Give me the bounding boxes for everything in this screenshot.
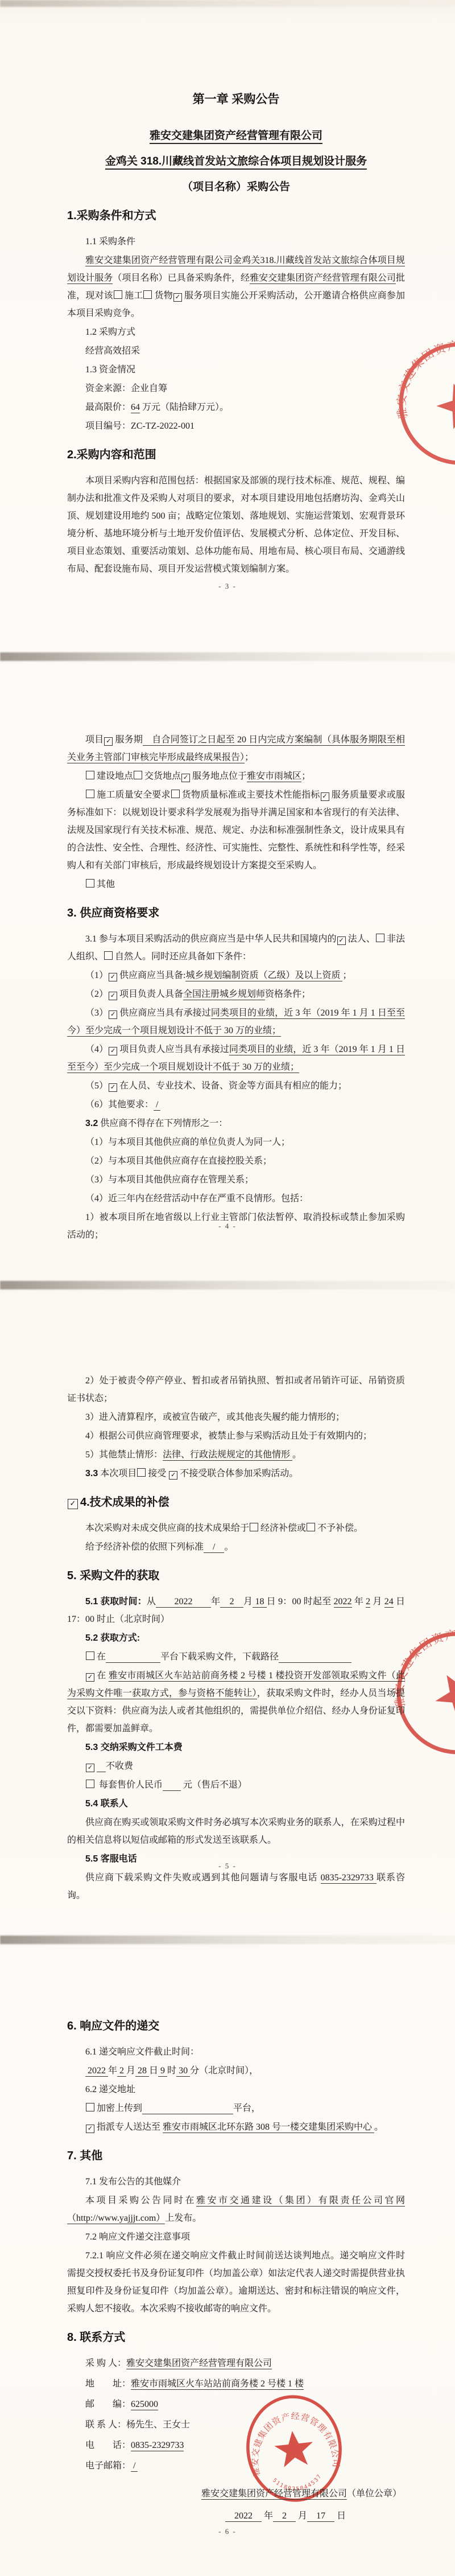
text-run: 年 xyxy=(108,2066,117,2076)
text-run: 接受 xyxy=(148,1469,168,1478)
text-run: 电 话： xyxy=(85,2441,131,2450)
prohibition-4: （4）近三年内在经营活动中存在严重不良情形。包括： xyxy=(67,1190,405,1207)
pickup-option: ✓在 雅安市雨城区火车站站前商务楼 2 号楼 1 楼投资开发部领取采购文件（此为… xyxy=(67,1667,405,1737)
contact-address: 地 址：雅安市雨城区火车站站前商务楼 2 号楼 1 楼 xyxy=(67,2375,405,2393)
section-3-heading: 3. 供应商资格要求 xyxy=(67,905,405,922)
project-number: 项目编号：ZC-TZ-2022-001 xyxy=(67,417,405,435)
text-run: 64 xyxy=(131,402,140,413)
checkbox-checked-icon: ✓ xyxy=(321,792,329,801)
project-name-title: 金鸡关 318.川藏线首发站文旅综合体项目规划设计服务 xyxy=(67,153,405,170)
text-run: 2 xyxy=(117,2066,126,2077)
fee-paid-option: 每套售价人民币 元（售后不退） xyxy=(67,1776,405,1794)
section-2-heading: 2.采购内容和范围 xyxy=(67,446,405,463)
text-run: 5.2 获取方式: xyxy=(85,1633,140,1643)
compensation-standard: 给予经济补偿的依照下列标准 / 。 xyxy=(67,1538,405,1556)
text-run: 625000 xyxy=(131,2400,158,2410)
text-run: 3. 供应商资格要求 xyxy=(67,907,159,919)
clause-1-2-body: 经营高效招采 xyxy=(67,342,405,360)
contact-person: 联 系 人：杨先生、王女士 xyxy=(67,2416,405,2434)
text-run: 雅安交建集团资产经营管理有限公司 xyxy=(250,273,396,284)
text-run xyxy=(106,1652,160,1663)
purchaser-name-title: 雅安交建集团资产经营管理有限公司 xyxy=(67,128,405,145)
checkbox-empty-icon xyxy=(307,1523,315,1531)
text-run: 货物质量标准或主要技术性能指标 xyxy=(182,790,320,800)
text-run: 6.1 递交响应文件截止时间： xyxy=(85,2047,199,2057)
text-run: 自然人。同时还应具备如下条件： xyxy=(115,952,251,962)
contact-postcode: 邮 编：625000 xyxy=(67,2396,405,2413)
text-run: 5. 采购文件的获取 xyxy=(67,1570,159,1582)
text-run: 服务地点位于 xyxy=(192,771,247,781)
clause-7-1-body: 本项目采购公告同时在雅安市交通建设（集团）有限责任公司官网（http://www… xyxy=(67,2192,405,2227)
text-run: 17 xyxy=(307,2511,334,2522)
checkbox-empty-icon xyxy=(376,934,384,942)
text-run: 从 xyxy=(147,1597,156,1607)
qualification-6: （6）其他要求： / xyxy=(67,1096,405,1114)
checkbox-checked-icon: ✓ xyxy=(109,1010,117,1019)
clause-6-1: 6.1 递交响应文件截止时间： xyxy=(67,2043,405,2061)
clause-3-1: 3.1 参与本项目采购活动的供应商应当是中华人民共和国境内的✓法人、非法人组织、… xyxy=(67,930,405,966)
text-run: （单位公章） xyxy=(347,2489,402,2499)
text-run: 本项目采购公告同时在 xyxy=(85,2196,196,2205)
text-run: （项目名称）采购公告 xyxy=(182,181,290,193)
text-run: 2022 xyxy=(156,1597,211,1608)
text-run: 项目负责人具备 xyxy=(119,989,183,999)
clause-1-2: 1.2 采购方式 xyxy=(67,323,405,341)
signature-line: 雅安交建集团资产经营管理有限公司（单位公章） xyxy=(67,2485,405,2503)
scan-top-edge xyxy=(0,0,455,7)
text-run: 交货地点 xyxy=(144,771,181,781)
bad-record-3: 3）进入清算程序，或被宣告破产，或其他丧失履约能力情形的； xyxy=(67,1408,405,1426)
text-run: 不收费 xyxy=(106,1761,133,1771)
checkbox-empty-icon xyxy=(114,290,122,299)
text-run: 5.1 获取时间： xyxy=(85,1597,147,1607)
compensation-body: 本次采购对未成交供应商的技术成果给于经济补偿或不予补偿。 xyxy=(67,1519,405,1537)
qualification-2: （2）✓项目负责人具备全国注册城乡规划师资格条件； xyxy=(67,985,405,1003)
download-option: 在 平台下载采购文件，下载路径 xyxy=(67,1648,405,1666)
checkbox-checked-icon: ✓ xyxy=(109,992,117,1000)
checkbox-checked-icon: ✓ xyxy=(104,737,113,746)
text-run: （2）与本项目其他供应商存在直接控股关系； xyxy=(85,1156,272,1166)
text-run: 最高限价： xyxy=(85,402,131,412)
text-run: 9 xyxy=(158,2066,167,2077)
text-run: 供应商应当具备: xyxy=(119,971,185,980)
text-run: （3）与本项目其他供应商存在管理关系； xyxy=(85,1175,254,1185)
checkbox-checked-icon: ✓ xyxy=(169,1471,177,1480)
text-run: 日 9：00 时起至 xyxy=(267,1597,334,1607)
clause-7-1: 7.1 发布公告的其他媒介 xyxy=(67,2173,405,2191)
text-run xyxy=(97,1761,106,1772)
text-run: （1） xyxy=(85,971,108,980)
text-run: （3） xyxy=(85,1008,108,1018)
checkbox-empty-icon xyxy=(86,771,94,779)
text-run: 万元（陆拾肆万元）。 xyxy=(140,402,229,412)
text-run: 全国注册城乡规划师 xyxy=(183,989,265,1000)
text-run: 雅安交建集团资产经营管理有限公司 xyxy=(126,2359,272,2369)
bad-record-5: 5）其他禁止情形：法律、行政法规规定的其他情形 。 xyxy=(67,1446,405,1464)
page-3: 2）处于被责令停产停业、暂扣或者吊销执照、暂扣或者吊销许可证、吊销资质证书状态；… xyxy=(0,1293,455,1934)
text-run: 建设地点 xyxy=(97,771,133,781)
text-run: 3.1 参与本项目采购活动的供应商应当是中华人民共和国境内的 xyxy=(85,934,337,944)
text-run: / xyxy=(204,1542,224,1553)
text-run: 6.2 递交地址 xyxy=(85,2085,135,2094)
text-run: 加密上传到 xyxy=(97,2103,142,2113)
text-run: 指派专人送达至 xyxy=(97,2122,163,2132)
text-run: 2 xyxy=(273,2511,296,2522)
text-run: 本次采购对未成交供应商的技术成果给于 xyxy=(85,1523,249,1533)
text-run: 供应商下载采购文件失败或遇到其他问题请与客服电话 xyxy=(85,1873,321,1883)
text-run: 雅安市雨城区火车站站前商务楼 2 号楼 1 楼 xyxy=(131,2379,304,2390)
text-run: 雅安市雨城区 xyxy=(247,771,301,782)
text-run: 24 xyxy=(384,1597,394,1608)
checkbox-empty-icon xyxy=(86,879,94,888)
deadline: 2022 年 2 月 28 日 9 时 30 分（北京时间）， xyxy=(67,2062,405,2080)
clause-7-2-1: 7.2.1 响应文件必须在递交响应文件截止时间前送达谈判地点。递交响应文件时需提… xyxy=(67,2247,405,2318)
text-run: 经营高效招采 xyxy=(85,346,140,356)
text-run: 城乡规划编制资质（乙级）及以上资质 xyxy=(185,971,342,981)
text-run: 时 xyxy=(167,2066,176,2076)
text-run: 30 xyxy=(176,2066,190,2077)
qualification-3: （3）✓供应商应当具有承接过同类项目的业绩，近 3 年（2019 年 1 月 1… xyxy=(67,1004,405,1040)
section-5-heading: 5. 采购文件的获取 xyxy=(67,1567,405,1584)
procurement-announcement-document: 雅安交建集团资产经营管理有限公司 雅安交建集团资产经营管理有限公司 xyxy=(0,0,455,2576)
clause-3-2: 3.2 供应商不得存在下列情形之一： xyxy=(67,1115,405,1132)
checkbox-checked-icon: ✓ xyxy=(181,774,190,782)
text-run: 1.3 资金情况 xyxy=(85,365,135,375)
text-run: 1.采购条件和方式 xyxy=(67,209,156,222)
text-run: 。 xyxy=(374,2122,383,2132)
text-run: 上发布。 xyxy=(165,2213,201,2223)
checkbox-checked-icon: ✓ xyxy=(173,293,182,302)
text-run: 每套售价人民币 xyxy=(97,1780,163,1790)
clause-1-3: 1.3 资金情况 xyxy=(67,361,405,379)
text-run: 0835-2329733 xyxy=(131,2441,184,2451)
text-run: 日 xyxy=(149,2066,158,2076)
funding-source: 资金来源：企业自筹 xyxy=(67,380,405,397)
text-run: 服务质量要求或服务标准如下：以规划设计要求科学发展观为指导并满足国家和本省现行的… xyxy=(67,790,405,870)
text-run: 采 购 人： xyxy=(85,2359,126,2368)
text-run: 货物 xyxy=(154,291,173,301)
text-run: 月 xyxy=(370,1597,384,1607)
section-1-heading: 1.采购条件和方式 xyxy=(67,207,405,224)
fee-free-option: ✓ 不收费 xyxy=(67,1757,405,1775)
section-6-heading: 6. 响应文件的递交 xyxy=(67,2018,405,2035)
section-8-heading: 8. 联系方式 xyxy=(67,2329,405,2346)
text-run: 。 xyxy=(292,1450,301,1460)
checkbox-empty-icon xyxy=(86,1651,94,1660)
text-run xyxy=(142,2103,233,2114)
text-run: 8. 联系方式 xyxy=(67,2331,125,2344)
qualification-4: （4）✓项目负责人应当具有承接过同类项目的业绩，近 3 年（2019 年 1 月… xyxy=(67,1041,405,1076)
text-run: 服务期 xyxy=(115,735,143,745)
text-run: 施工 xyxy=(125,291,143,301)
text-run: 2 xyxy=(220,1597,243,1608)
text-run: 2022 xyxy=(334,1597,352,1608)
service-location: 建设地点交货地点✓服务地点位于雅安市雨城区； xyxy=(67,767,405,785)
text-run: 供应商在购买或领取采购文件时务必填写本次采购业务的联系人，在采购过程中的相关信息… xyxy=(67,1818,405,1845)
text-run: 年 xyxy=(211,1597,220,1607)
text-run: 不予补偿。 xyxy=(317,1523,363,1533)
text-run: 2022 xyxy=(225,2511,262,2522)
clause-6-2: 6.2 递交地址 xyxy=(67,2081,405,2098)
text-run: 项目 xyxy=(85,735,104,745)
clause-1-1-body: 雅安交建集团资产经营管理有限公司金鸡关318.川藏线首发站文旅综合体项目规划设计… xyxy=(67,252,405,322)
text-run: 年 xyxy=(262,2511,273,2521)
text-run: ； xyxy=(342,971,351,980)
text-run: 不接受联合体参加采购活动。 xyxy=(180,1469,298,1478)
text-run: 4）根据公司供应商管理要求，被禁止参与采购活动且处于有效期内的； xyxy=(85,1431,372,1441)
scope-body: 本项目采购内容和范围包括：根据国家及部颁的现行技术标准、规范、规程、编制办法和批… xyxy=(67,472,405,578)
text-run: / xyxy=(154,1100,160,1111)
text-run: 7.2.1 响应文件必须在递交响应文件截止时间前送达谈判地点。递交响应文件时需提… xyxy=(67,2251,405,2314)
text-run: 6. 响应文件的递交 xyxy=(67,2020,159,2032)
prohibition-2: （2）与本项目其他供应商存在直接控股关系； xyxy=(67,1152,405,1170)
prohibition-1: （1）与本项目其他供应商的单位负责人为同一人； xyxy=(67,1133,405,1151)
text-run: 邮 编： xyxy=(85,2400,131,2409)
text-run: （6）其他要求： xyxy=(85,1100,154,1110)
checkbox-empty-icon xyxy=(171,790,180,798)
checkbox-checked-icon: ✓ xyxy=(86,1673,94,1682)
text-run: 同类项目的业绩，近 3 年（2019 年 1 月 1 日至至今）至少完成一个项目… xyxy=(67,1008,405,1037)
text-run: 7.1 发布公告的其他媒介 xyxy=(85,2177,181,2187)
signature-date: 2022 年 2 月 17 日 xyxy=(67,2507,405,2525)
checkbox-empty-icon xyxy=(143,290,152,299)
text-run: 本次项目 xyxy=(98,1469,136,1478)
clause-5-3: 5.3 交纳采购文件工本费 xyxy=(67,1739,405,1756)
text-run: 5.3 交纳采购文件工本费 xyxy=(85,1743,183,1752)
text-run: （项目名称）已具备采购条件，经 xyxy=(113,273,250,283)
checkbox-checked-icon: ✓ xyxy=(109,1083,117,1092)
contact-email: 电子邮箱： / xyxy=(67,2457,405,2475)
text-run: 给予经济补偿的依照下列标准 xyxy=(85,1542,204,1552)
text-run: 年 xyxy=(352,1597,366,1607)
delivery-option: ✓指派专人送达至 雅安市雨城区北环东路 308 号一楼交建集团采购中心 。 xyxy=(67,2118,405,2136)
page-1: 第一章 采购公告雅安交建集团资产经营管理有限公司金鸡关 318.川藏线首发站文旅… xyxy=(0,8,455,655)
text-run: 经济补偿或 xyxy=(260,1523,306,1533)
text-run: 雅安交建集团资产经营管理有限公司 xyxy=(201,2489,347,2500)
checkbox-checked-icon: ✓ xyxy=(86,2125,94,2133)
page-number: - 6 - xyxy=(0,2527,455,2536)
text-run: 月 xyxy=(243,1597,253,1607)
section-4-heading: ✓4.技术成果的补偿 xyxy=(67,1494,405,1511)
text-run: 资格条件； xyxy=(265,989,311,999)
text-run: 法人、 xyxy=(348,934,375,944)
text-run: 7. 其他 xyxy=(67,2150,102,2162)
clause-5-2: 5.2 获取方式: xyxy=(67,1629,405,1647)
qualification-1: （1）✓供应商应当具备:城乡规划编制资质（乙级）及以上资质 ； xyxy=(67,967,405,984)
text-run: 日 xyxy=(334,2511,346,2521)
text-run: ； xyxy=(245,753,254,762)
text-run xyxy=(279,1652,351,1663)
clause-1-1: 1.1 采购条件 xyxy=(67,233,405,250)
text-run: 0835-2329733 xyxy=(321,1873,377,1884)
text-run: 在 xyxy=(97,1652,106,1662)
text-run: 3）进入清算程序，或被宣告破产，或其他丧失履约能力情形的； xyxy=(85,1412,345,1422)
text-run: 施工质量安全要求 xyxy=(97,790,171,800)
text-run: 同类项目的业绩，近 3 年（2019 年 1 月 1 日至至今）至少完成一个项目… xyxy=(67,1045,405,1073)
text-run: 供应商不得存在下列情形之一： xyxy=(98,1119,227,1128)
text-run: 供应商应当具有承接过 xyxy=(119,1008,211,1018)
text-run: 7.2 响应文件递交注意事项 xyxy=(85,2232,190,2242)
text-run: 资金来源：企业自筹 xyxy=(85,384,167,393)
quality-requirements: 施工质量安全要求货物质量标准或主要技术性能指标✓服务质量要求或服务标准如下：以规… xyxy=(67,786,405,874)
contact-purchaser: 采 购 人：雅安交建集团资产经营管理有限公司 xyxy=(67,2355,405,2372)
text-run: 3.2 xyxy=(85,1119,98,1128)
text-run: 雅安交建集团资产经营管理有限公司 xyxy=(150,130,322,144)
text-run: 项目编号：ZC-TZ-2022-001 xyxy=(85,421,195,431)
text-run: 月 xyxy=(296,2511,307,2521)
text-run: 月 xyxy=(126,2066,135,2076)
chapter-title: 第一章 采购公告 xyxy=(67,91,405,108)
checkbox-checked-icon: ✓ xyxy=(86,1764,94,1772)
text-run: 1.1 采购条件 xyxy=(85,237,135,246)
text-run: 2 xyxy=(366,1597,370,1608)
bad-record-4: 4）根据公司供应商管理要求，被禁止参与采购活动且处于有效期内的； xyxy=(67,1427,405,1445)
text-run: 2.采购内容和范围 xyxy=(67,449,156,461)
text-run: （4） xyxy=(85,1045,108,1054)
text-run: 5）其他禁止情形： xyxy=(85,1450,163,1460)
page-4: 6. 响应文件的递交6.1 递交响应文件截止时间： 2022 年 2 月 28 … xyxy=(0,1949,455,2576)
clause-5-4-body: 供应商在购买或领取采购文件时务必填写本次采购业务的联系人，在采购过程中的相关信息… xyxy=(67,1814,405,1849)
checkbox-empty-icon xyxy=(250,1523,258,1531)
text-run: 法律、行政法规规定的其他情形 xyxy=(163,1450,292,1461)
text-run: 本项目采购内容和范围包括：根据国家及部颁的现行技术标准、规范、规程、编制办法和批… xyxy=(67,476,405,574)
text-run: 项目负责人应当具有承接过 xyxy=(119,1045,229,1054)
bad-record-2: 2）处于被责令停产停业、暂扣或者吊销执照、暂扣或者吊销许可证、吊销资质证书状态； xyxy=(67,1372,405,1407)
checkbox-empty-icon xyxy=(134,771,142,779)
text-run: 2）处于被责令停产停业、暂扣或者吊销执照、暂扣或者吊销许可证、吊销资质证书状态； xyxy=(67,1376,405,1403)
checkbox-checked-icon: ✓ xyxy=(337,936,346,945)
service-period: 项目✓服务期 自合同签订之日起至 20 日内完成方案编制（具体服务期限至相关业务… xyxy=(67,731,405,766)
text-run: 平台下载采购文件，下载路径 xyxy=(160,1652,279,1662)
checkbox-empty-icon xyxy=(86,1780,94,1788)
clause-5-5-body: 供应商下载采购文件失败或遇到其他问题请与客服电话 0835-2329733 联系… xyxy=(67,1869,405,1904)
text-run: 1.2 采购方式 xyxy=(85,327,135,337)
text-run: 4.技术成果的补偿 xyxy=(80,1496,169,1509)
checkbox-checked-icon: ✓ xyxy=(68,1499,78,1509)
text-run: 在 xyxy=(97,1671,109,1681)
announcement-subtitle: （项目名称）采购公告 xyxy=(67,179,405,196)
text-run: 3.3 xyxy=(85,1469,98,1478)
text-run: 2022 xyxy=(85,2066,108,2077)
section-7-heading: 7. 其他 xyxy=(67,2147,405,2164)
page-separator xyxy=(0,1936,455,1944)
clause-5-4: 5.4 联系人 xyxy=(67,1795,405,1813)
text-run: 。 xyxy=(224,1542,233,1552)
checkbox-empty-icon xyxy=(137,1468,146,1477)
text-run: 5.4 联系人 xyxy=(85,1799,128,1809)
price-ceiling: 最高限价：64 万元（陆拾肆万元）。 xyxy=(67,398,405,416)
page-2: 项目✓服务期 自合同签订之日起至 20 日内完成方案编制（具体服务期限至相关业务… xyxy=(0,664,455,1280)
text-run: （1）与本项目其他供应商的单位负责人为同一人； xyxy=(85,1137,290,1147)
checkbox-checked-icon: ✓ xyxy=(109,973,117,981)
contact-phone: 电 话：0835-2329733 xyxy=(67,2437,405,2454)
text-run: 28 xyxy=(135,2066,149,2077)
page-number: - 5 - xyxy=(0,1862,455,1871)
page-number: - 3 - xyxy=(0,582,455,591)
text-run: / xyxy=(131,2461,138,2472)
other-checkbox: 其他 xyxy=(67,876,405,893)
text-run: ； xyxy=(301,771,311,781)
text-run: 其他 xyxy=(97,880,115,889)
clause-3-3: 3.3 本次项目接受 ✓不接受联合体参加采购活动。 xyxy=(67,1465,405,1482)
text-run: 18 xyxy=(253,1597,266,1608)
text-run: 分（北京时间）， xyxy=(190,2066,258,2076)
text-run: 平台， xyxy=(233,2103,260,2113)
qualification-5: （5）✓在人员、专业技术、设备、资金等方面具有相应的能力； xyxy=(67,1077,405,1095)
page-number: - 4 - xyxy=(0,1222,455,1231)
text-run: （2） xyxy=(85,989,108,999)
text-run: 元（售后不退） xyxy=(181,1780,247,1790)
text-run: 第一章 采购公告 xyxy=(193,93,280,106)
prohibition-3: （3）与本项目其他供应商存在管理关系； xyxy=(67,1171,405,1189)
text-run: （5） xyxy=(85,1081,108,1091)
text-run: 金鸡关 318.川藏线首发站文旅综合体项目规划设计服务 xyxy=(105,155,367,170)
clause-5-1: 5.1 获取时间：从 2022 年 2 月 18 日 9：00 时起至 2022… xyxy=(67,1593,405,1628)
text-run xyxy=(163,1780,181,1791)
page-separator xyxy=(0,1281,455,1289)
checkbox-empty-icon xyxy=(86,2103,94,2111)
checkbox-empty-icon xyxy=(104,951,113,960)
checkbox-checked-icon: ✓ xyxy=(109,1047,117,1055)
text-run: （4）近三年内在经营活动中存在严重不良情形。包括： xyxy=(85,1194,308,1203)
checkbox-empty-icon xyxy=(86,790,94,798)
upload-option: 加密上传到 平台， xyxy=(67,2100,405,2117)
clause-7-2: 7.2 响应文件递交注意事项 xyxy=(67,2228,405,2246)
text-run: 在人员、专业技术、设备、资金等方面具有相应的能力； xyxy=(119,1081,347,1091)
text-run: 地 址： xyxy=(85,2379,131,2389)
text-run: 联 系 人：杨先生、王女士 xyxy=(85,2420,190,2430)
text-run: 雅安市雨城区北环东路 308 号一楼交建集团采购中心 xyxy=(163,2122,374,2133)
text-run: 电子邮箱： xyxy=(85,2461,131,2471)
